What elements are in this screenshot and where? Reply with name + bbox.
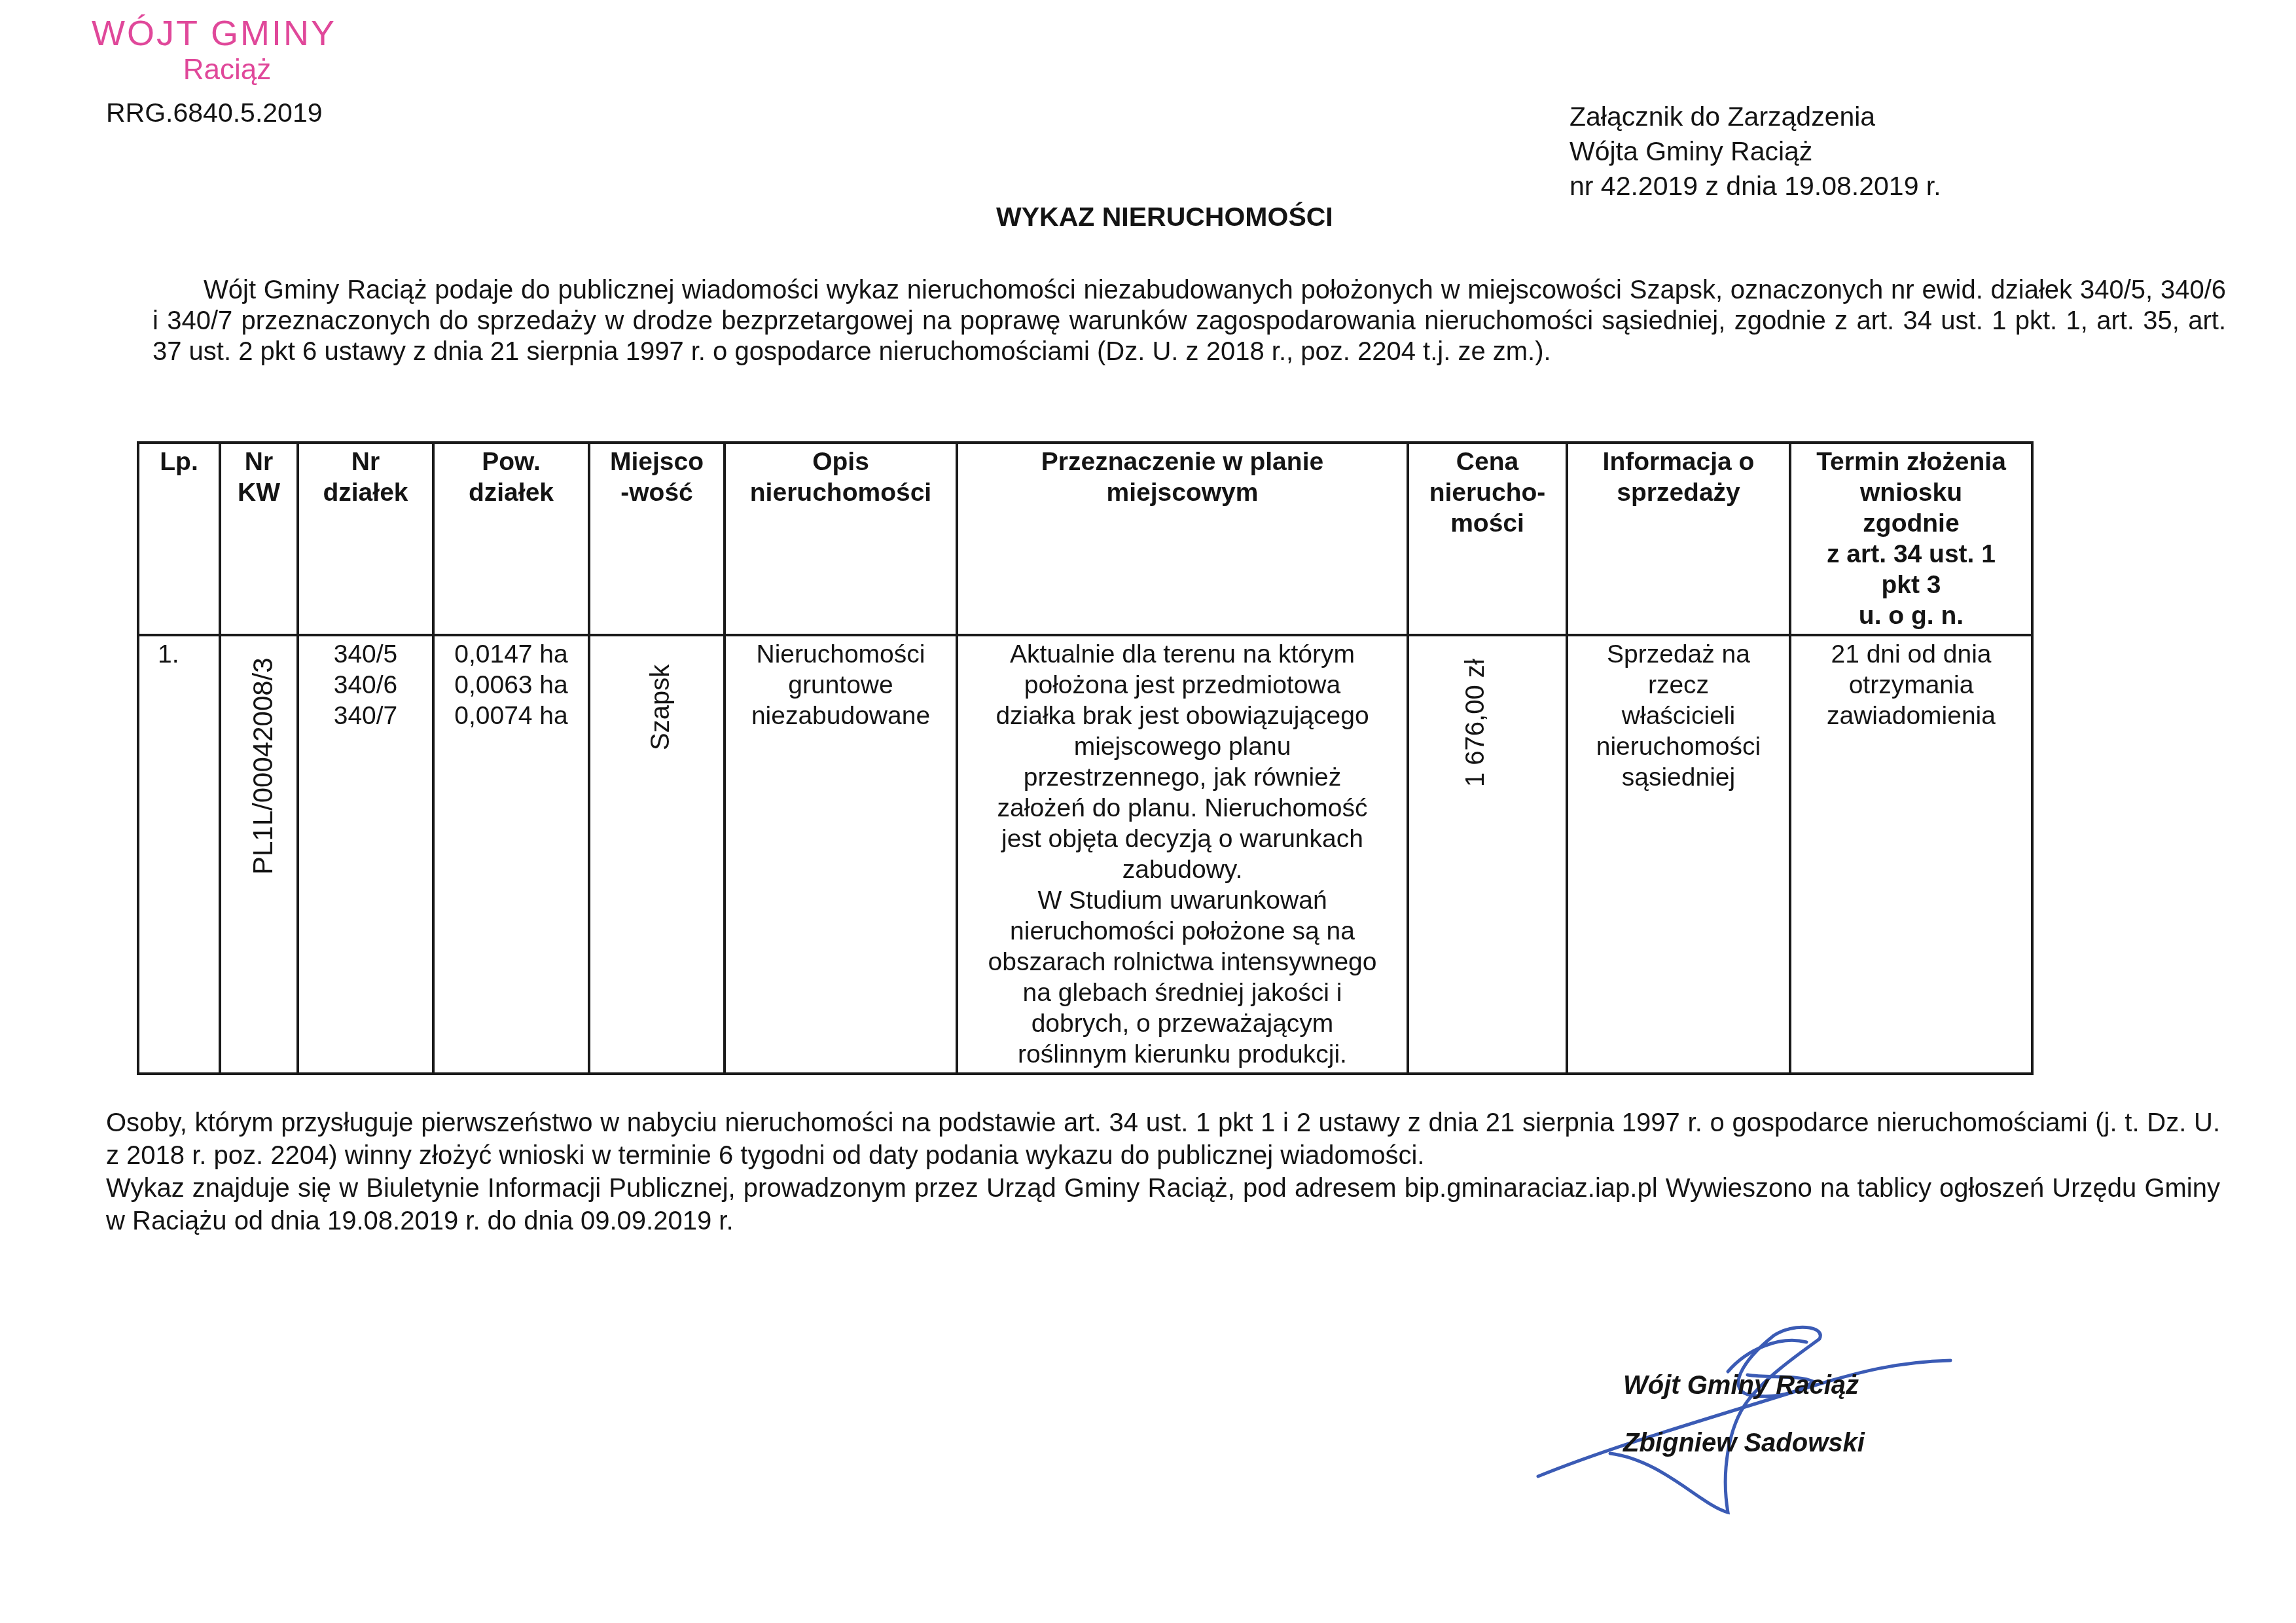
header-description: Opisnieruchomości [725, 443, 957, 635]
price-value: 1 676,00 zł [1460, 659, 1491, 787]
header-area: Pow.działek [433, 443, 589, 635]
cell-line: gruntowe [730, 670, 952, 701]
cell-line: miejscowego planu [962, 731, 1403, 762]
annex-line-2: Wójta Gminy Raciąż [1570, 134, 1941, 169]
plot-number: 340/6 [303, 670, 428, 701]
plot-number: 340/7 [303, 701, 428, 731]
cell-line: zabudowy. [962, 854, 1403, 885]
header-deadline: Termin złożeniawnioskuzgodniez art. 34 u… [1790, 443, 2032, 635]
header-lp: Lp. [138, 443, 220, 635]
cell-location: Szapsk [589, 635, 725, 1074]
header-location: Miejsco-wość [589, 443, 725, 635]
cell-line: zawiadomienia [1795, 701, 2027, 731]
cell-line: właścicieli [1572, 701, 1785, 731]
header-line: Miejsco [594, 447, 719, 477]
cell-line: na glebach średniej jakości i [962, 977, 1403, 1008]
priority-notice: Osoby, którym przysługuje pierwszeństwo … [106, 1106, 2220, 1172]
header-sale-info: Informacja osprzedaży [1567, 443, 1790, 635]
signature-title: Wójt Gminy Raciąż [1623, 1357, 1865, 1414]
cell-plots: 340/5 340/6 340/7 [298, 635, 433, 1074]
header-line: pkt 3 [1795, 570, 2027, 600]
plot-area: 0,0063 ha [439, 670, 584, 701]
header-line: zgodnie [1795, 508, 2027, 539]
header-line: Przeznaczenie w planie [962, 447, 1403, 477]
cell-line: Aktualnie dla terenu na którym [962, 639, 1403, 670]
cell-purpose: Aktualnie dla terenu na którympołożona j… [957, 635, 1408, 1074]
cell-line: jest objęta decyzją o warunkach [962, 824, 1403, 854]
signature-name: Zbigniew Sadowski [1623, 1414, 1865, 1472]
header-price: Cenanierucho-mości [1408, 443, 1567, 635]
annex-note: Załącznik do Zarządzenia Wójta Gminy Rac… [1570, 100, 1941, 204]
publication-notice: Wykaz znajduje się w Biuletynie Informac… [106, 1172, 2220, 1237]
cell-line: nieruchomości położone są na [962, 916, 1403, 947]
stamp-line-2: Raciąż [118, 54, 336, 86]
header-line: Cena [1413, 447, 1562, 477]
annex-line-1: Załącznik do Zarządzenia [1570, 100, 1941, 134]
cell-line: dobrych, o przeważającym [962, 1008, 1403, 1039]
header-line: nieruchomości [730, 477, 952, 508]
cell-description: Nieruchomościgruntoweniezabudowane [725, 635, 957, 1074]
header-line: Pow. [439, 447, 584, 477]
header-line: sprzedaży [1572, 477, 1785, 508]
header-line: z art. 34 ust. 1 [1795, 539, 2027, 570]
header-line: działek [303, 477, 428, 508]
header-line: Opis [730, 447, 952, 477]
header-line: mości [1413, 508, 1562, 539]
header-kw: NrKW [220, 443, 298, 635]
footer-notes: Osoby, którym przysługuje pierwszeństwo … [106, 1106, 2220, 1237]
cell-line: 21 dni od dnia [1795, 639, 2027, 670]
location-name: Szapsk [645, 665, 676, 750]
cell-line: rzecz [1572, 670, 1785, 701]
cell-areas: 0,0147 ha 0,0063 ha 0,0074 ha [433, 635, 589, 1074]
reference-number: RRG.6840.5.2019 [106, 97, 323, 128]
stamp-line-1: WÓJT GMINY [92, 13, 336, 54]
cell-line: roślinnym kierunku produkcji. [962, 1039, 1403, 1070]
header-line: Nr [225, 447, 293, 477]
signature-block: Wójt Gminy Raciąż Zbigniew Sadowski [1623, 1357, 1865, 1472]
document-title: WYKAZ NIERUCHOMOŚCI [996, 202, 1333, 232]
property-table: Lp.NrKWNrdziałekPow.działekMiejsco-wośćO… [137, 441, 2034, 1075]
table-row: 1. PL1L/00042008/3 340/5 340/6 340/7 0,0… [138, 635, 2032, 1074]
cell-line: otrzymania [1795, 670, 2027, 701]
cell-line: obszarach rolnictwa intensywnego [962, 947, 1403, 977]
cell-line: położona jest przedmiotowa [962, 670, 1403, 701]
cell-line: Nieruchomości [730, 639, 952, 670]
header-line: Lp. [143, 447, 215, 477]
cell-line: założeń do planu. Nieruchomość [962, 793, 1403, 824]
cell-line: sąsiedniej [1572, 762, 1785, 793]
kw-number: PL1L/00042008/3 [247, 657, 278, 875]
annex-line-3: nr 42.2019 z dnia 19.08.2019 r. [1570, 169, 1941, 204]
header-line: -wość [594, 477, 719, 508]
header-line: Informacja o [1572, 447, 1785, 477]
intro-paragraph: Wójt Gminy Raciąż podaje do publicznej w… [152, 275, 2226, 367]
cell-line: działka brak jest obowiązującego [962, 701, 1403, 731]
header-line: nierucho- [1413, 477, 1562, 508]
cell-price: 1 676,00 zł [1408, 635, 1567, 1074]
header-purpose: Przeznaczenie w planiemiejscowym [957, 443, 1408, 635]
header-line: u. o g. n. [1795, 600, 2027, 631]
header-line: Nr [303, 447, 428, 477]
cell-line: niezabudowane [730, 701, 952, 731]
cell-lp: 1. [138, 635, 220, 1074]
header-line: działek [439, 477, 584, 508]
plot-area: 0,0074 ha [439, 701, 584, 731]
header-line: wniosku [1795, 477, 2027, 508]
cell-line: W Studium uwarunkowań [962, 885, 1403, 916]
plot-number: 340/5 [303, 639, 428, 670]
cell-line: nieruchomości [1572, 731, 1785, 762]
table-header-row: Lp.NrKWNrdziałekPow.działekMiejsco-wośćO… [138, 443, 2032, 635]
cell-deadline: 21 dni od dniaotrzymaniazawiadomienia [1790, 635, 2032, 1074]
header-line: Termin złożenia [1795, 447, 2027, 477]
header-plots: Nrdziałek [298, 443, 433, 635]
header-line: KW [225, 477, 293, 508]
official-stamp: WÓJT GMINY Raciąż [92, 13, 336, 86]
cell-line: Sprzedaż na [1572, 639, 1785, 670]
header-line: miejscowym [962, 477, 1403, 508]
plot-area: 0,0147 ha [439, 639, 584, 670]
cell-sale-info: Sprzedaż narzeczwłaścicielinieruchomości… [1567, 635, 1790, 1074]
cell-kw: PL1L/00042008/3 [220, 635, 298, 1074]
cell-line: przestrzennego, jak również [962, 762, 1403, 793]
